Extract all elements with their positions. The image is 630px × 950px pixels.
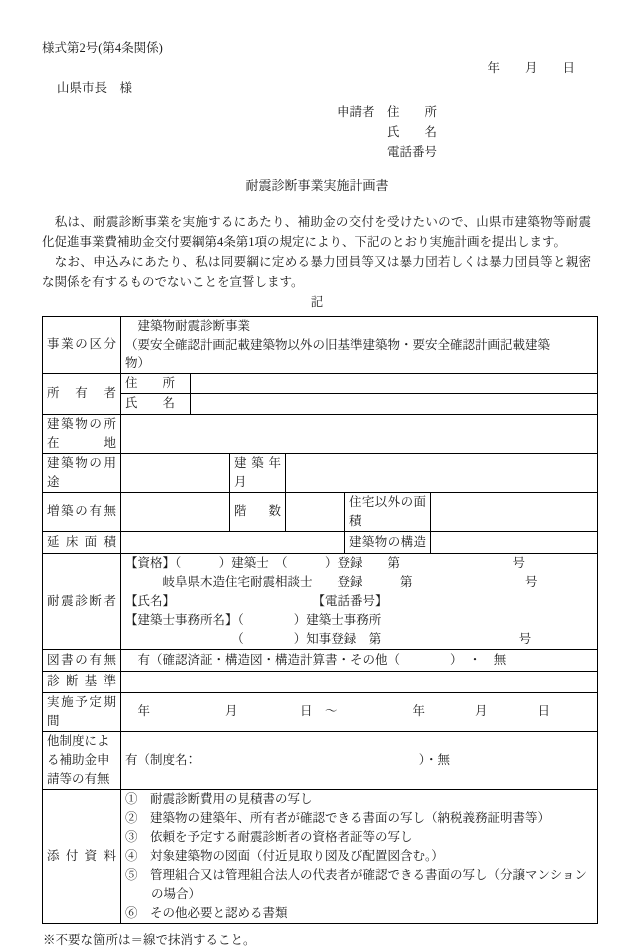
attachment-item: ⑥ その他必要と認める書類 [125,904,593,923]
floors-label: 階数 [230,492,286,531]
applicant-block: 申請者 住 所 氏 名 電話番号 [337,102,592,162]
category-cell: 建築物耐震診断事業 （要安全確認計画記載建築物以外の旧基準建築物・要安全確認計画… [121,317,598,374]
row-label-location: 建築物の所在地 [43,414,121,453]
nonres-area-label: 住宅以外の面積 [345,492,431,531]
other-subsidy-value: 有（制度名： ）・無 [121,731,598,789]
owner-address-label: 住 所 [121,373,191,393]
diagnostician-qualification-line: 【資格】（ ）建築士 （ ）登録 第 号 [125,554,593,573]
row-extension: 増築の有無 階数 住宅以外の面積 [43,492,598,531]
built-year-value [286,453,598,492]
plan-table: 事業の区分 建築物耐震診断事業 （要安全確認計画記載建築物以外の旧基準建築物・要… [42,316,598,924]
applicant-phone-line: 電話番号 [337,142,592,162]
row-label-other-subsidy: 他制度による補助金申請等の有無 [43,731,121,789]
row-owner-name: 氏 名 [43,393,598,414]
owner-name-value [191,393,598,414]
use-value [121,453,230,492]
row-label-category: 事業の区分 [43,317,121,374]
standard-value [121,671,598,692]
diagnostician-office-line: 【建築士事務所名】（ ）建築士事務所 [125,611,593,630]
floor-area-value [121,531,345,553]
document-title: 耐震診断事業実施計画書 [42,176,592,196]
row-period: 実施予定期間 年 月 日 ～ 年 月 日 [43,692,598,731]
row-label-use: 建築物の用途 [43,453,121,492]
category-line1: 建築物耐震診断事業 [125,317,593,336]
attachment-item: ② 建築物の建築年、所有者が確認できる書面の写し（納税義務証明書等） [125,809,593,828]
body-text: 私は、耐震診断事業を実施するにあたり、補助金の交付を受けたいので、山県市建築物等… [42,212,591,292]
body-paragraph-2: なお、申込みにあたり、私は同要綱に定める暴力団員等又は暴力団若しくは暴力団員等と… [42,252,591,292]
applicant-name-line: 氏 名 [337,122,592,142]
row-label-period: 実施予定期間 [43,692,121,731]
row-documents: 図書の有無 有（確認済証・構造図・構造計算書・その他（ ） ・ 無 [43,649,598,671]
row-label-extension: 増築の有無 [43,492,121,531]
row-label-owner: 所有者 [43,373,121,414]
attachment-item: ③ 依頼を予定する耐震診断者の資格者証等の写し [125,828,593,847]
diagnostician-name-phone-line: 【氏名】 【電話番号】 [125,592,593,611]
diagnostician-consultant-line: 岐阜県木造住宅耐震相談士 登録 第 号 [125,573,593,592]
date-line: 年 月 日 [42,58,592,78]
extension-value [121,492,230,531]
body-paragraph-1: 私は、耐震診断事業を実施するにあたり、補助金の交付を受けたいので、山県市建築物等… [42,212,591,252]
row-use: 建築物の用途 建築年月 [43,453,598,492]
row-floor-area: 延床面積 建築物の構造 [43,531,598,553]
row-label-documents: 図書の有無 [43,649,121,671]
structure-value [431,531,598,553]
addressee: 山県市長 様 [57,78,592,98]
attachment-item: ⑤ 管理組合又は管理組合法人の代表者が確認できる書面の写し（分譲マンションの場合… [125,866,593,904]
structure-label: 建築物の構造 [345,531,431,553]
owner-name-label: 氏 名 [121,393,191,414]
diagnostician-registration-line: （ ）知事登録 第 号 [125,630,593,649]
floors-value [286,492,345,531]
row-owner-address: 所有者 住 所 [43,373,598,393]
attachments-cell: ① 耐震診断費用の見積書の写し ② 建築物の建築年、所有者が確認できる書面の写し… [121,789,598,924]
row-diagnostician: 耐震診断者 【資格】（ ）建築士 （ ）登録 第 号 岐阜県木造住宅耐震相談士 … [43,553,598,649]
location-value [121,414,598,453]
attachment-item: ④ 対象建築物の図面（付近見取り図及び配置図含む。） [125,847,593,866]
row-category: 事業の区分 建築物耐震診断事業 （要安全確認計画記載建築物以外の旧基準建築物・要… [43,317,598,374]
applicant-address-line: 申請者 住 所 [337,102,592,122]
row-label-floor-area: 延床面積 [43,531,121,553]
nonres-area-value [431,492,598,531]
category-line2: （要安全確認計画記載建築物以外の旧基準建築物・要安全確認計画記載建築物） [125,336,593,373]
row-standard: 診断基準 [43,671,598,692]
diagnostician-cell: 【資格】（ ）建築士 （ ）登録 第 号 岐阜県木造住宅耐震相談士 登録 第 号… [121,553,598,649]
row-label-attachments: 添付資料 [43,789,121,924]
attachment-item: ① 耐震診断費用の見積書の写し [125,790,593,809]
footnote: ※不要な箇所は＝線で抹消すること。 [43,930,592,950]
row-attachments: 添付資料 ① 耐震診断費用の見積書の写し ② 建築物の建築年、所有者が確認できる… [43,789,598,924]
row-label-diagnostician: 耐震診断者 [43,553,121,649]
ki-heading: 記 [42,292,592,312]
row-label-standard: 診断基準 [43,671,121,692]
document-page: 様式第2号(第4条関係) 年 月 日 山県市長 様 申請者 住 所 氏 名 電話… [0,0,630,903]
row-location: 建築物の所在地 [43,414,598,453]
owner-address-value [191,373,598,393]
row-other-subsidy: 他制度による補助金申請等の有無 有（制度名： ）・無 [43,731,598,789]
period-value: 年 月 日 ～ 年 月 日 [121,692,598,731]
documents-value: 有（確認済証・構造図・構造計算書・その他（ ） ・ 無 [121,649,598,671]
built-year-label: 建築年月 [230,453,286,492]
form-number: 様式第2号(第4条関係) [42,38,592,58]
